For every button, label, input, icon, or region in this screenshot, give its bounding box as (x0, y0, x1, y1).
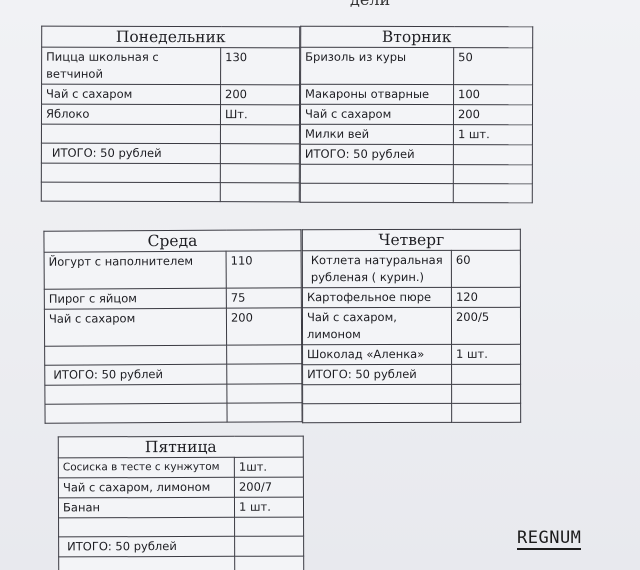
dish-name: Пирог с яйцом (44, 288, 226, 309)
table-row: Пирог с яйцом75 (44, 288, 301, 310)
table-row: Шоколад «Аленка»1 шт. (303, 344, 521, 364)
dish-qty: 50 (454, 48, 533, 85)
page-heading-fragment: дели (350, 0, 390, 9)
empty-cell (235, 556, 304, 570)
total-label: ИТОГО: 50 рублей (45, 364, 227, 385)
empty-cell (452, 403, 521, 422)
dish-qty (452, 364, 521, 384)
empty-cell (220, 183, 299, 202)
day-title: Среда (44, 230, 301, 253)
dish-qty: 200/7 (234, 477, 303, 497)
dish-name: Банан (58, 497, 234, 518)
table-row (303, 403, 521, 422)
table-row (41, 182, 299, 202)
empty-cell (45, 403, 227, 423)
total-label: ИТОГО: 50 рублей (41, 143, 220, 163)
total-row: ИТОГО: 50 рублей (300, 144, 532, 165)
table-row: Пицца школьная с ветчиной130 (42, 47, 300, 85)
day-title: Пятница (58, 436, 303, 458)
dish-qty (235, 536, 304, 556)
dish-name: Сосиска в тесте с кунжутом (58, 457, 234, 478)
dish-name: Чай с сахаром (42, 84, 221, 104)
dish-qty: 100 (454, 85, 533, 105)
empty-cell (300, 183, 453, 202)
menu-table-wednesday: Среда Йогурт с наполнителем110 Пирог с я… (43, 229, 302, 424)
regnum-watermark: REGNUM (517, 529, 581, 550)
table-row (45, 384, 302, 405)
dish-qty: 1 шт. (453, 125, 532, 145)
dish-qty: 110 (226, 251, 301, 288)
table-row: Макароны отварные100 (301, 84, 533, 105)
total-label: ИТОГО: 50 рублей (303, 364, 452, 384)
table-row: Картофельное пюре120 (302, 287, 520, 307)
day-title: Четверг (302, 229, 520, 250)
empty-cell (453, 165, 532, 184)
table-row: Чай с сахаром, лимоном200/7 (58, 477, 303, 498)
table-row (45, 345, 302, 366)
dish-qty (227, 364, 302, 384)
empty-cell (303, 403, 452, 422)
dish-name (59, 517, 235, 537)
empty-cell (45, 384, 227, 404)
table-row: Сосиска в тесте с кунжутом1шт. (58, 457, 303, 478)
empty-cell (300, 164, 453, 183)
empty-cell (303, 384, 452, 403)
total-row: ИТОГО: 50 рублей (41, 143, 299, 164)
table-row (41, 124, 299, 144)
dish-qty (453, 145, 532, 165)
empty-cell (227, 384, 302, 403)
dish-name: Чай с сахаром, лимоном (58, 477, 234, 498)
dish-qty (220, 125, 299, 144)
table-row: Банан1 шт. (58, 497, 303, 518)
dish-name: Бризоль из куры (301, 47, 454, 84)
dish-qty: 200 (221, 85, 300, 105)
dish-name: Картофельное пюре (302, 287, 451, 307)
dish-name: Котлета натуральная рубленая ( курин.) (302, 250, 451, 287)
table-row: Йогурт с наполнителем110 (44, 251, 301, 290)
empty-cell (453, 184, 532, 203)
dish-qty: 1 шт. (234, 497, 303, 517)
dish-qty (235, 517, 304, 536)
dish-qty: Шт. (220, 105, 299, 125)
dish-qty: 60 (451, 250, 520, 287)
total-row: ИТОГО: 50 рублей (59, 536, 304, 557)
dish-qty: 75 (226, 288, 301, 308)
dish-name: Пицца школьная с ветчиной (42, 47, 221, 84)
menu-table-tuesday: Вторник Бризоль из куры50 Макароны отвар… (300, 26, 533, 204)
dish-name (41, 124, 220, 143)
table-row (303, 384, 521, 403)
menu-table-thursday: Четверг Котлета натуральная рубленая ( к… (302, 229, 521, 423)
dish-qty: 200 (453, 105, 532, 125)
dish-qty: 1 шт. (452, 344, 521, 364)
table-row (41, 163, 299, 183)
table-row: Бризоль из куры50 (301, 47, 533, 85)
empty-cell (220, 164, 299, 183)
table-row (300, 164, 532, 184)
table-row: ЯблокоШт. (41, 104, 299, 125)
empty-cell (41, 182, 220, 201)
table-row (59, 517, 304, 537)
dish-name: Шоколад «Аленка» (303, 344, 452, 364)
total-label: ИТОГО: 50 рублей (300, 144, 453, 164)
total-row: ИТОГО: 50 рублей (45, 364, 302, 386)
table-row: Чай с сахаром200 (44, 308, 301, 347)
empty-cell (227, 403, 302, 422)
menu-table-friday: Пятница Сосиска в тесте с кунжутом1шт. Ч… (58, 436, 304, 570)
dish-name: Чай с сахаром (44, 308, 226, 346)
table-row: Чай с сахаром200 (42, 84, 300, 105)
dish-qty: 120 (451, 287, 520, 307)
dish-name: Макароны отварные (301, 84, 454, 104)
dish-qty: 130 (221, 48, 300, 85)
table-row: Чай с сахаром, лимоном200/5 (302, 307, 520, 344)
dish-qty (227, 345, 302, 364)
total-label: ИТОГО: 50 рублей (59, 536, 235, 557)
dish-name: Яблоко (41, 104, 220, 124)
dish-name: Чай с сахаром (300, 104, 453, 124)
empty-cell (41, 163, 220, 182)
dish-qty: 200 (226, 308, 301, 345)
table-row (45, 403, 302, 424)
total-row: ИТОГО: 50 рублей (303, 364, 521, 384)
dish-qty: 200/5 (451, 307, 520, 344)
table-row: Чай с сахаром200 (300, 104, 532, 125)
dish-name: Чай с сахаром, лимоном (302, 307, 451, 344)
table-row: Милки вей1 шт. (300, 124, 532, 145)
menu-table-monday: Понедельник Пицца школьная с ветчиной130… (41, 26, 300, 203)
dish-qty (220, 144, 299, 164)
dish-name (45, 345, 227, 365)
dish-name: Йогурт с наполнителем (44, 251, 226, 289)
day-title: Вторник (301, 26, 533, 48)
day-title: Понедельник (42, 26, 300, 48)
empty-cell (59, 556, 235, 570)
dish-qty: 1шт. (234, 457, 303, 477)
table-row (300, 183, 532, 203)
table-row (59, 556, 304, 570)
dish-name: Милки вей (300, 124, 453, 144)
empty-cell (452, 384, 521, 403)
table-row: Котлета натуральная рубленая ( курин.)60 (302, 250, 520, 287)
